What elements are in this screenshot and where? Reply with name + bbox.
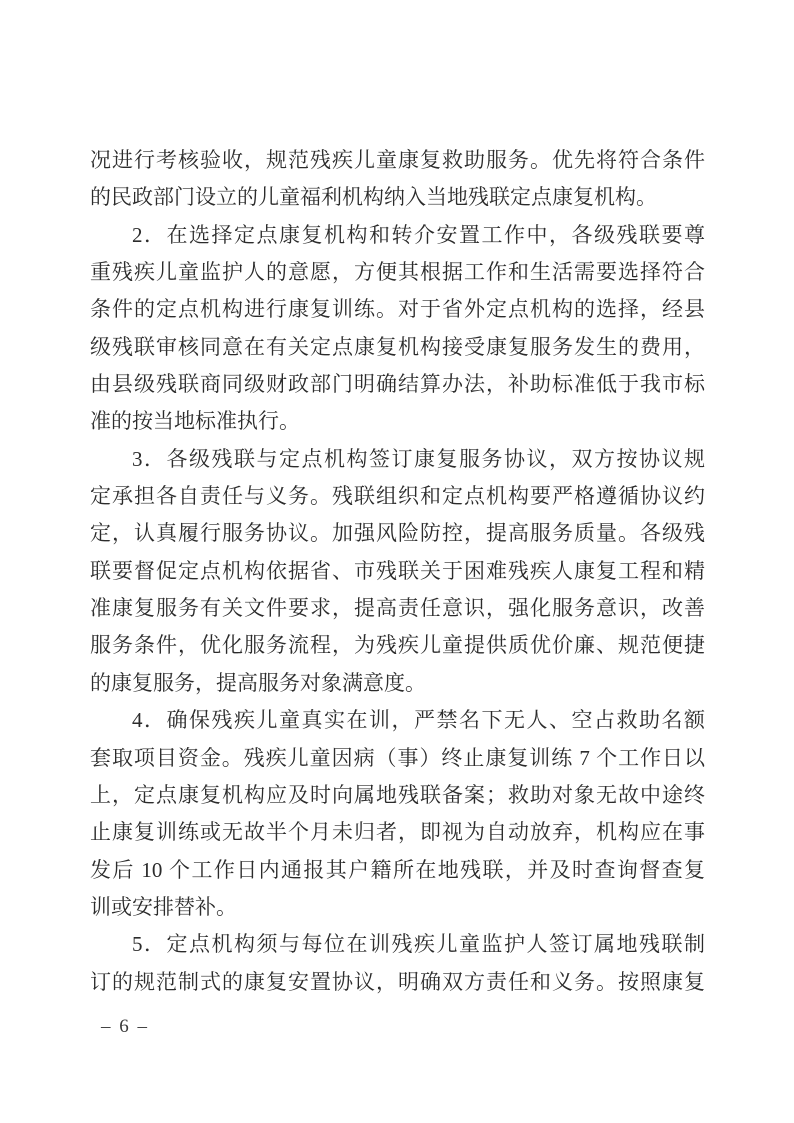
text-line: 3．各级残联与定点机构签订康复服务协议，双方按协议规 <box>90 441 705 478</box>
document-body: 况进行考核验收，规范残疾儿童康复救助服务。优先将符合条件 的民政部门设立的儿童福… <box>90 142 705 1001</box>
page-number: – 6 – <box>101 1014 149 1040</box>
paragraph: 5．定点机构须与每位在训残疾儿童监护人签订属地残联制 订的规范制式的康复安置协议… <box>90 926 705 1001</box>
text-line: 止康复训练或无故半个月未归者，即视为自动放弃，机构应在事 <box>90 814 705 851</box>
text-line: 由县级残联商同级财政部门明确结算办法，补助标准低于我市标 <box>90 366 705 403</box>
text-line: 的康复服务，提高服务对象满意度。 <box>90 665 705 702</box>
text-line: 级残联审核同意在有关定点康复机构接受康复服务发生的费用， <box>90 329 705 366</box>
paragraph: 3．各级残联与定点机构签订康复服务协议，双方按协议规 定承担各自责任与义务。残联… <box>90 441 705 702</box>
text-line: 定，认真履行服务协议。加强风险防控，提高服务质量。各级残 <box>90 515 705 552</box>
text-line: 重残疾儿童监护人的意愿，方便其根据工作和生活需要选择符合 <box>90 254 705 291</box>
text-line: 4．确保残疾儿童真实在训，严禁名下无人、空占救助名额 <box>90 702 705 739</box>
text-line: 的民政部门设立的儿童福利机构纳入当地残联定点康复机构。 <box>90 179 705 216</box>
text-line: 发后 10 个工作日内通报其户籍所在地残联，并及时查询督查复 <box>90 852 705 889</box>
text-line: 条件的定点机构进行康复训练。对于省外定点机构的选择，经县 <box>90 291 705 328</box>
paragraph: 2．在选择定点康复机构和转介安置工作中，各级残联要尊 重残疾儿童监护人的意愿，方… <box>90 217 705 441</box>
text-line: 况进行考核验收，规范残疾儿童康复救助服务。优先将符合条件 <box>90 142 705 179</box>
text-line: 订的规范制式的康复安置协议，明确双方责任和义务。按照康复 <box>90 964 705 1001</box>
text-line: 套取项目资金。残疾儿童因病（事）终止康复训练 7 个工作日以 <box>90 740 705 777</box>
text-line: 准康复服务有关文件要求，提高责任意识，强化服务意识，改善 <box>90 590 705 627</box>
text-line: 准的按当地标准执行。 <box>90 403 705 440</box>
document-page: 况进行考核验收，规范残疾儿童康复救助服务。优先将符合条件 的民政部门设立的儿童福… <box>0 0 794 1123</box>
text-line: 2．在选择定点康复机构和转介安置工作中，各级残联要尊 <box>90 217 705 254</box>
text-line: 联要督促定点机构依据省、市残联关于困难残疾人康复工程和精 <box>90 553 705 590</box>
text-line: 定承担各自责任与义务。残联组织和定点机构要严格遵循协议约 <box>90 478 705 515</box>
text-line: 服务条件，优化服务流程，为残疾儿童提供质优价廉、规范便捷 <box>90 627 705 664</box>
text-line: 5．定点机构须与每位在训残疾儿童监护人签订属地残联制 <box>90 926 705 963</box>
paragraph: 4．确保残疾儿童真实在训，严禁名下无人、空占救助名额 套取项目资金。残疾儿童因病… <box>90 702 705 926</box>
text-line: 训或安排替补。 <box>90 889 705 926</box>
paragraph: 况进行考核验收，规范残疾儿童康复救助服务。优先将符合条件 的民政部门设立的儿童福… <box>90 142 705 217</box>
text-line: 上，定点康复机构应及时向属地残联备案；救助对象无故中途终 <box>90 777 705 814</box>
